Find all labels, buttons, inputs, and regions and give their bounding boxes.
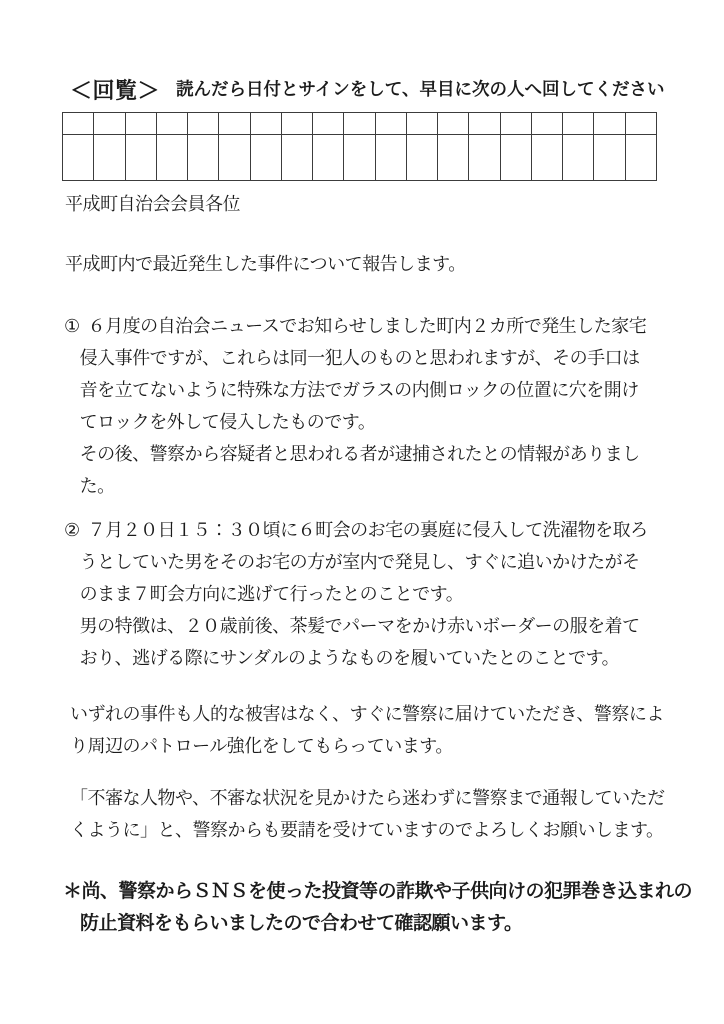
signature-cell (125, 113, 156, 135)
text-line: り周辺のパトロール強化をしてもらっています。 (70, 730, 724, 762)
closing-paragraph-1: いずれの事件も人的な被害はなく、すぐに警察に届けていただき、警察により周辺のパト… (70, 698, 724, 762)
signature-cell (531, 113, 562, 135)
signature-cell (63, 135, 94, 181)
circular-document-page: ＜回覧＞ 読んだら日付とサインをして、早目に次の人へ回してください 平成町自治会… (0, 0, 724, 1024)
signature-cell (375, 135, 406, 181)
signature-cell (188, 113, 219, 135)
intro-line: 平成町内で最近発生した事件について報告します。 (65, 248, 724, 280)
text-line: その後、警察から容疑者と思われる者が逮捕されたとの情報がありまし (80, 438, 724, 470)
signature-cell (500, 135, 531, 181)
signature-cell (563, 135, 594, 181)
section-number: ② (64, 514, 80, 546)
signature-cell (250, 135, 281, 181)
signature-cell (63, 113, 94, 135)
signature-cell (219, 113, 250, 135)
kairan-label: ＜回覧＞ (70, 77, 160, 104)
signature-cell (156, 113, 187, 135)
signature-cell (594, 113, 625, 135)
signature-cell (313, 113, 344, 135)
signature-cell (313, 135, 344, 181)
text-line: おり、逃げる際にサンダルのようなものを履いていたとのことです。 (80, 642, 724, 674)
signature-cell (281, 113, 312, 135)
signature-cell (156, 135, 187, 181)
signature-cell (625, 135, 657, 181)
signature-cell (438, 113, 469, 135)
text-line: ７月２０日１５：３０頃に６町会のお宅の裏庭に侵入して洗濯物を取ろ (80, 514, 724, 546)
signature-grid-row (63, 113, 657, 135)
text-line: 男の特徴は、２０歳前後、茶髪でパーマをかけ赤いボーダーの服を着て (80, 610, 724, 642)
section-number: ① (64, 310, 80, 342)
signature-cell (625, 113, 657, 135)
signature-cell (344, 113, 375, 135)
text-line: くように」と、警察からも要請を受けていますのでよろしくお願いします。 (70, 814, 724, 846)
signature-cell (188, 135, 219, 181)
signature-cell (250, 113, 281, 135)
text-line: 「不審な人物や、不審な状況を見かけたら迷わずに警察まで通報していただ (70, 782, 724, 814)
signature-cell (594, 135, 625, 181)
signature-cell (469, 135, 500, 181)
text-line: ＊尚、警察からＳＮＳを使った投資等の詐欺や子供向けの犯罪巻き込まれの (63, 876, 724, 908)
signature-cell (281, 135, 312, 181)
signature-cell (344, 135, 375, 181)
incident-section-1: ① ６月度の自治会ニュースでお知らせしました町内２カ所で発生した家宅侵入事件です… (0, 310, 724, 502)
signature-cell (375, 113, 406, 135)
text-line: 防止資料をもらいましたので合わせて確認願います。 (63, 908, 724, 940)
signature-cell (469, 113, 500, 135)
text-line: ６月度の自治会ニュースでお知らせしました町内２カ所で発生した家宅 (80, 310, 724, 342)
signature-cell (563, 113, 594, 135)
text-line: 音を立てないように特殊な方法でガラスの内側ロックの位置に穴を開け (80, 374, 724, 406)
text-line: てロックを外して侵入したものです。 (80, 406, 724, 438)
text-line: のまま７町会方向に逃げて行ったとのことです。 (80, 578, 724, 610)
signature-cell (219, 135, 250, 181)
signature-cell (94, 113, 125, 135)
signature-cell (94, 135, 125, 181)
text-line: いずれの事件も人的な被害はなく、すぐに警察に届けていただき、警察によ (70, 698, 724, 730)
text-line: た。 (80, 470, 724, 502)
text-line: 侵入事件ですが、これらは同一犯人のものと思われますが、その手口は (80, 342, 724, 374)
signature-cell (125, 135, 156, 181)
signature-grid (62, 112, 657, 181)
signature-cell (531, 135, 562, 181)
incident-section-2: ② ７月２０日１５：３０頃に６町会のお宅の裏庭に侵入して洗濯物を取ろうとしていた… (0, 514, 724, 674)
section-body: ７月２０日１５：３０頃に６町会のお宅の裏庭に侵入して洗濯物を取ろうとしていた男を… (80, 514, 724, 674)
recipient-line: 平成町自治会会員各位 (65, 188, 724, 220)
signature-cell (406, 113, 437, 135)
closing-paragraph-2: 「不審な人物や、不審な状況を見かけたら迷わずに警察まで通報していただくように」と… (70, 782, 724, 846)
signature-cell (438, 135, 469, 181)
signature-cell (406, 135, 437, 181)
section-body: ６月度の自治会ニュースでお知らせしました町内２カ所で発生した家宅侵入事件ですが、… (80, 310, 724, 502)
signature-cell (500, 113, 531, 135)
kairan-instruction: 読んだら日付とサインをして、早目に次の人へ回してください (176, 76, 664, 104)
note-paragraph: ＊尚、警察からＳＮＳを使った投資等の詐欺や子供向けの犯罪巻き込まれの防止資料をも… (63, 876, 724, 940)
text-line: うとしていた男をそのお宅の方が室内で発見し、すぐに追いかけたがそ (80, 546, 724, 578)
signature-grid-row (63, 135, 657, 181)
circular-header: ＜回覧＞ 読んだら日付とサインをして、早目に次の人へ回してください (0, 0, 724, 104)
